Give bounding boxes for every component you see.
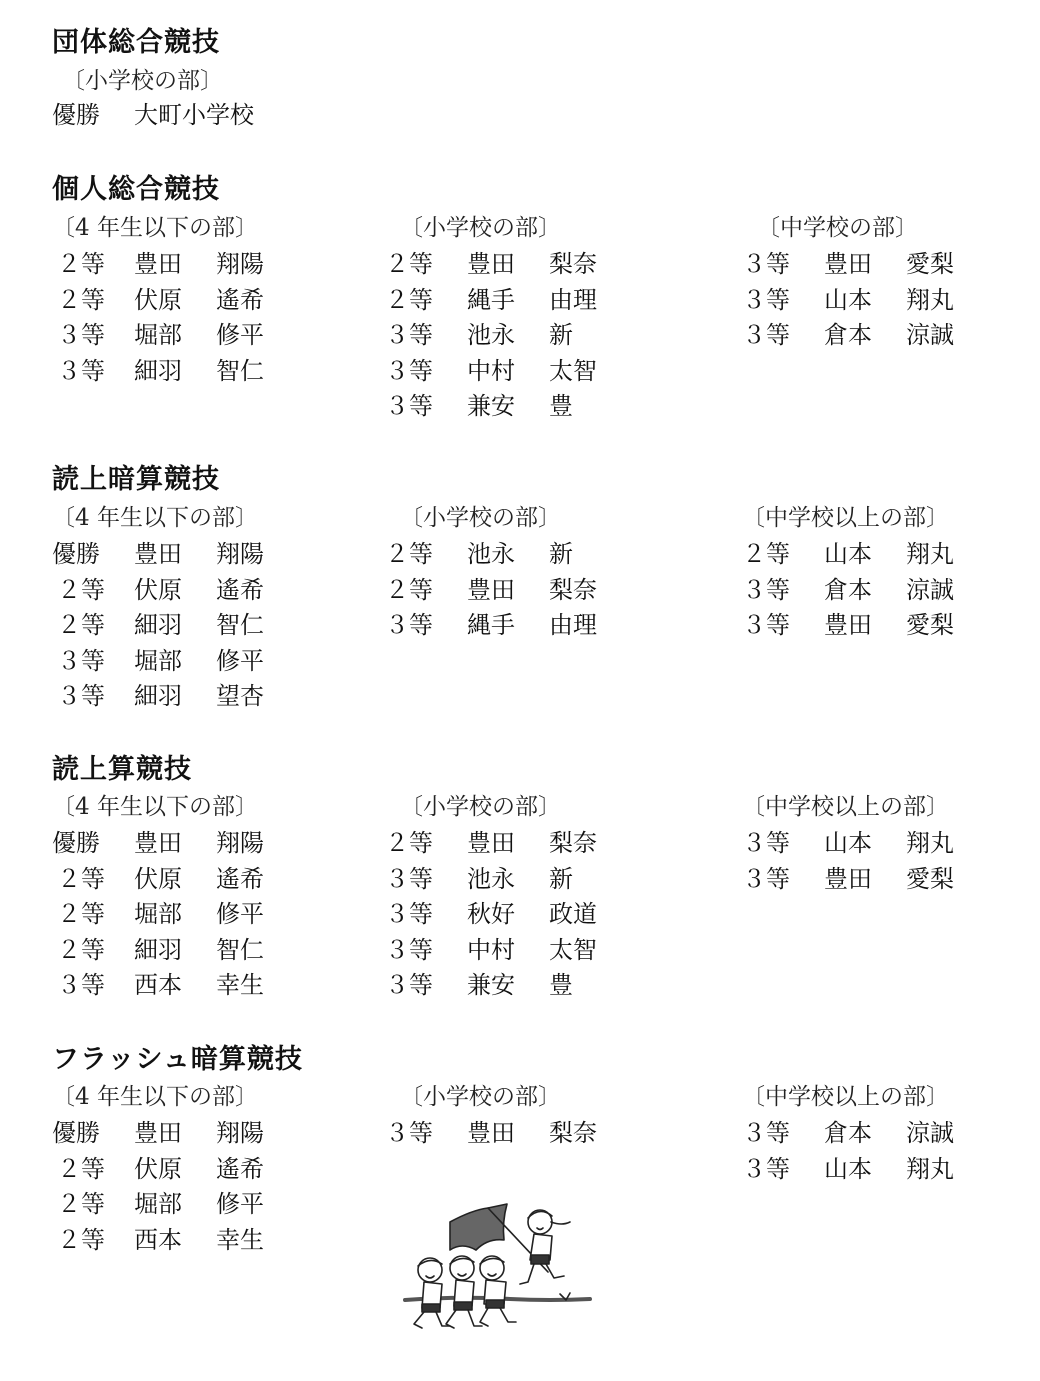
- result-row: 優勝 大町小学校: [52, 100, 254, 136]
- rank: ３等: [385, 610, 467, 646]
- division-label: 〔4 年生以下の部〕: [52, 792, 264, 822]
- result-row: ３等細羽望杏: [52, 681, 264, 717]
- rank: ３等: [742, 828, 824, 864]
- first-name: 遙希: [216, 864, 264, 900]
- first-name: 修平: [216, 1189, 264, 1225]
- division-label: 〔小学校の部〕: [385, 792, 597, 822]
- result-row: ３等堀部修平: [52, 646, 264, 682]
- result-row: ２等縄手由理: [385, 285, 597, 321]
- result-row: ３等池永新: [385, 320, 597, 356]
- result-row: ３等山本翔丸: [742, 285, 954, 321]
- last-name: 縄手: [467, 610, 549, 646]
- tug-of-war-illustration-icon: [400, 1200, 600, 1340]
- first-name: 修平: [216, 320, 264, 356]
- division-column-elementary: 〔小学校の部〕 ２等豊田梨奈 ３等池永新 ３等秋好政道 ３等中村太智 ３等兼安豊: [385, 792, 597, 1006]
- division-column-grade4-under: 〔4 年生以下の部〕 優勝豊田翔陽 ２等伏原遙希 ２等堀部修平 ２等西本幸生: [52, 1082, 264, 1260]
- result-row: ３等中村太智: [385, 935, 597, 971]
- result-row: ２等細羽智仁: [52, 610, 264, 646]
- first-name: 豊: [549, 970, 573, 1006]
- first-name: 涼誠: [906, 575, 954, 611]
- result-row: ３等西本幸生: [52, 970, 264, 1006]
- division-label: 〔小学校の部〕: [385, 503, 597, 533]
- last-name: 山本: [824, 1154, 906, 1190]
- rank: ２等: [52, 1154, 134, 1190]
- result-row: ３等倉本涼誠: [742, 320, 954, 356]
- first-name: 愛梨: [906, 249, 954, 285]
- result-row: ２等伏原遙希: [52, 285, 264, 321]
- first-name: 新: [549, 864, 573, 900]
- rank: ３等: [385, 864, 467, 900]
- first-name: 翔丸: [906, 285, 954, 321]
- rank: ２等: [742, 539, 824, 575]
- result-row: ２等豊田梨奈: [385, 828, 597, 864]
- division-column-elementary: 〔小学校の部〕 ３等豊田梨奈: [385, 1082, 597, 1154]
- last-name: 豊田: [134, 1118, 216, 1154]
- rank: ２等: [385, 539, 467, 575]
- last-name: 豊田: [824, 610, 906, 646]
- last-name: 秋好: [467, 899, 549, 935]
- last-name: 池永: [467, 539, 549, 575]
- result-row: ２等伏原遙希: [52, 575, 264, 611]
- first-name: 智仁: [216, 935, 264, 971]
- rank: ３等: [742, 249, 824, 285]
- first-name: 遙希: [216, 575, 264, 611]
- last-name: 細羽: [134, 935, 216, 971]
- last-name: 伏原: [134, 575, 216, 611]
- division-column-junior-high-and-above: 〔中学校以上の部〕 ３等山本翔丸 ３等豊田愛梨: [742, 792, 954, 899]
- first-name: 太智: [549, 356, 597, 392]
- last-name: 縄手: [467, 285, 549, 321]
- division-label: 〔中学校以上の部〕: [742, 792, 954, 822]
- division-label: 〔4 年生以下の部〕: [52, 213, 264, 243]
- section-title-individual-overall: 個人総合競技: [52, 173, 220, 207]
- division-label: 〔中学校の部〕: [742, 213, 954, 243]
- result-row: ３等倉本涼誠: [742, 1118, 954, 1154]
- last-name: 伏原: [134, 864, 216, 900]
- section-title-team-overall: 団体総合競技: [52, 26, 220, 60]
- rank: ３等: [742, 285, 824, 321]
- rank: ２等: [52, 935, 134, 971]
- first-name: 由理: [549, 610, 597, 646]
- division-label: 〔4 年生以下の部〕: [52, 503, 264, 533]
- rank: ２等: [385, 575, 467, 611]
- first-name: 修平: [216, 646, 264, 682]
- rank: 優勝: [52, 539, 134, 575]
- rank: ３等: [385, 1118, 467, 1154]
- result-row: ３等堀部修平: [52, 320, 264, 356]
- last-name: 伏原: [134, 285, 216, 321]
- division-label: 〔小学校の部〕: [62, 66, 223, 96]
- result-row: ３等山本翔丸: [742, 1154, 954, 1190]
- division-label: 〔中学校以上の部〕: [742, 503, 954, 533]
- first-name: 翔陽: [216, 249, 264, 285]
- result-row: 優勝豊田翔陽: [52, 1118, 264, 1154]
- rank: ３等: [385, 970, 467, 1006]
- division-label: 〔小学校の部〕: [385, 1082, 597, 1112]
- first-name: 幸生: [216, 970, 264, 1006]
- last-name: 池永: [467, 320, 549, 356]
- division-column-grade4-under: 〔4 年生以下の部〕 ２等豊田翔陽 ２等伏原遙希 ３等堀部修平 ３等細羽智仁: [52, 213, 264, 391]
- division-column-grade4-under: 〔4 年生以下の部〕 優勝豊田翔陽 ２等伏原遙希 ２等堀部修平 ２等細羽智仁 ３…: [52, 792, 264, 1006]
- last-name: 細羽: [134, 681, 216, 717]
- rank: ２等: [52, 1189, 134, 1225]
- rank: ３等: [385, 899, 467, 935]
- rank: ２等: [52, 1225, 134, 1261]
- rank: ３等: [52, 320, 134, 356]
- last-name: 豊田: [824, 249, 906, 285]
- last-name: 山本: [824, 285, 906, 321]
- first-name: 由理: [549, 285, 597, 321]
- rank: ２等: [52, 249, 134, 285]
- first-name: 智仁: [216, 610, 264, 646]
- result-row: ３等中村太智: [385, 356, 597, 392]
- last-name: 豊田: [134, 539, 216, 575]
- last-name: 池永: [467, 864, 549, 900]
- result-row: ３等豊田愛梨: [742, 249, 954, 285]
- result-row: ２等豊田梨奈: [385, 249, 597, 285]
- rank: ３等: [742, 1118, 824, 1154]
- division-label: 〔小学校の部〕: [385, 213, 597, 243]
- last-name: 豊田: [467, 575, 549, 611]
- result-row: ２等豊田翔陽: [52, 249, 264, 285]
- result-row: ３等倉本涼誠: [742, 575, 954, 611]
- result-row: ３等兼安豊: [385, 391, 597, 427]
- first-name: 太智: [549, 935, 597, 971]
- rank: ３等: [52, 646, 134, 682]
- last-name: 豊田: [467, 828, 549, 864]
- rank: ３等: [742, 864, 824, 900]
- first-name: 智仁: [216, 356, 264, 392]
- result-row: ３等豊田愛梨: [742, 610, 954, 646]
- last-name: 細羽: [134, 610, 216, 646]
- first-name: 遙希: [216, 1154, 264, 1190]
- last-name: 堀部: [134, 646, 216, 682]
- result-row: 優勝豊田翔陽: [52, 539, 264, 575]
- last-name: 豊田: [134, 249, 216, 285]
- division-column-junior-high-and-above: 〔中学校以上の部〕 ３等倉本涼誠 ３等山本翔丸: [742, 1082, 954, 1189]
- rank: ２等: [52, 285, 134, 321]
- rank: 優勝: [52, 828, 134, 864]
- rank: ３等: [742, 1154, 824, 1190]
- division-label: 〔中学校以上の部〕: [742, 1082, 954, 1112]
- last-name: 倉本: [824, 1118, 906, 1154]
- last-name: 豊田: [467, 1118, 549, 1154]
- rank: ３等: [52, 970, 134, 1006]
- section-title-mental-dictation: 読上暗算競技: [52, 463, 220, 497]
- section-title-dictation-calculation: 読上算競技: [52, 753, 192, 787]
- result-row: ２等伏原遙希: [52, 864, 264, 900]
- result-row: ２等豊田梨奈: [385, 575, 597, 611]
- last-name: 堀部: [134, 320, 216, 356]
- last-name: 堀部: [134, 1189, 216, 1225]
- result-row: ３等池永新: [385, 864, 597, 900]
- division-column-elementary: 〔小学校の部〕 ２等池永新 ２等豊田梨奈 ３等縄手由理: [385, 503, 597, 646]
- division-column-junior-high: 〔中学校の部〕 ３等豊田愛梨 ３等山本翔丸 ３等倉本涼誠: [742, 213, 954, 356]
- rank: ２等: [385, 285, 467, 321]
- last-name: 堀部: [134, 899, 216, 935]
- result-row: ２等細羽智仁: [52, 935, 264, 971]
- rank: ３等: [385, 356, 467, 392]
- first-name: 涼誠: [906, 1118, 954, 1154]
- first-name: 豊: [549, 391, 573, 427]
- last-name: 山本: [824, 539, 906, 575]
- rank: ２等: [52, 610, 134, 646]
- last-name: 兼安: [467, 970, 549, 1006]
- first-name: 涼誠: [906, 320, 954, 356]
- first-name: 翔丸: [906, 539, 954, 575]
- last-name: 山本: [824, 828, 906, 864]
- rank: ３等: [385, 320, 467, 356]
- last-name: 兼安: [467, 391, 549, 427]
- rank: ３等: [52, 356, 134, 392]
- last-name: 倉本: [824, 575, 906, 611]
- rank: ３等: [742, 575, 824, 611]
- first-name: 翔丸: [906, 828, 954, 864]
- division-column-junior-high-and-above: 〔中学校以上の部〕 ２等山本翔丸 ３等倉本涼誠 ３等豊田愛梨: [742, 503, 954, 646]
- first-name: 愛梨: [906, 864, 954, 900]
- rank: ２等: [385, 249, 467, 285]
- first-name: 新: [549, 320, 573, 356]
- rank: ３等: [742, 320, 824, 356]
- last-name: 倉本: [824, 320, 906, 356]
- division-column-elementary: 〔小学校の部〕 ２等豊田梨奈 ２等縄手由理 ３等池永新 ３等中村太智 ３等兼安豊: [385, 213, 597, 427]
- result-row: ２等池永新: [385, 539, 597, 575]
- last-name: 伏原: [134, 1154, 216, 1190]
- first-name: 新: [549, 539, 573, 575]
- first-name: 愛梨: [906, 610, 954, 646]
- result-row: 優勝豊田翔陽: [52, 828, 264, 864]
- last-name: 豊田: [824, 864, 906, 900]
- first-name: 翔丸: [906, 1154, 954, 1190]
- rank: ３等: [742, 610, 824, 646]
- school-name: 大町小学校: [134, 100, 254, 136]
- last-name: 細羽: [134, 356, 216, 392]
- first-name: 幸生: [216, 1225, 264, 1261]
- rank: ３等: [52, 681, 134, 717]
- division-label: 〔4 年生以下の部〕: [52, 1082, 264, 1112]
- first-name: 翔陽: [216, 828, 264, 864]
- first-name: 梨奈: [549, 575, 597, 611]
- result-row: ３等豊田愛梨: [742, 864, 954, 900]
- rank: ３等: [385, 935, 467, 971]
- division-column-grade4-under: 〔4 年生以下の部〕 優勝豊田翔陽 ２等伏原遙希 ２等細羽智仁 ３等堀部修平 ３…: [52, 503, 264, 717]
- last-name: 豊田: [134, 828, 216, 864]
- rank: ３等: [385, 391, 467, 427]
- first-name: 翔陽: [216, 1118, 264, 1154]
- first-name: 梨奈: [549, 828, 597, 864]
- result-row: ３等豊田梨奈: [385, 1118, 597, 1154]
- last-name: 中村: [467, 935, 549, 971]
- rank: 優勝: [52, 1118, 134, 1154]
- rank: ２等: [52, 864, 134, 900]
- last-name: 西本: [134, 970, 216, 1006]
- result-row: ３等縄手由理: [385, 610, 597, 646]
- last-name: 豊田: [467, 249, 549, 285]
- result-row: ３等秋好政道: [385, 899, 597, 935]
- last-name: 西本: [134, 1225, 216, 1261]
- first-name: 修平: [216, 899, 264, 935]
- first-name: 翔陽: [216, 539, 264, 575]
- result-row: ２等伏原遙希: [52, 1154, 264, 1190]
- first-name: 梨奈: [549, 1118, 597, 1154]
- result-row: ２等西本幸生: [52, 1225, 264, 1261]
- first-name: 遙希: [216, 285, 264, 321]
- last-name: 中村: [467, 356, 549, 392]
- rank: ２等: [52, 899, 134, 935]
- rank: ２等: [52, 575, 134, 611]
- result-row: ３等兼安豊: [385, 970, 597, 1006]
- result-row: ２等堀部修平: [52, 899, 264, 935]
- result-row: ３等細羽智仁: [52, 356, 264, 392]
- rank: 優勝: [52, 100, 134, 136]
- first-name: 政道: [549, 899, 597, 935]
- section-title-flash-mental: フラッシュ暗算競技: [52, 1043, 303, 1077]
- first-name: 梨奈: [549, 249, 597, 285]
- result-row: ２等山本翔丸: [742, 539, 954, 575]
- rank: ２等: [385, 828, 467, 864]
- result-row: ３等山本翔丸: [742, 828, 954, 864]
- first-name: 望杏: [216, 681, 264, 717]
- result-row: ２等堀部修平: [52, 1189, 264, 1225]
